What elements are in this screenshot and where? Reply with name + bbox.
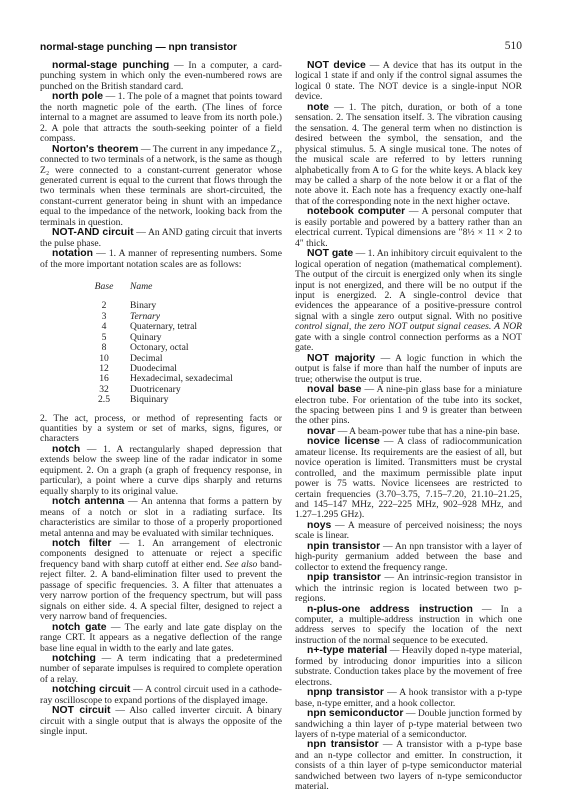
dictionary-entry: north pole — 1. The pole of a magnet tha… (40, 92, 282, 144)
entry-term: novar (307, 426, 335, 437)
entry-term: npnp transistor (307, 687, 384, 698)
dictionary-entry: npnp transistor — A hook transistor with… (295, 688, 522, 709)
table-row: 2Binary (88, 301, 233, 311)
left-column: normal-stage punching — In a computer, a… (40, 61, 282, 738)
dictionary-entry: n-plus-one address instruction — In a co… (295, 605, 522, 647)
dictionary-entry: npn semiconductor — Double junction form… (295, 709, 522, 740)
right-column: NOT device — A device that has its outpu… (295, 61, 522, 793)
entry-definition: A beam-power tube that has a nine-pin ba… (349, 426, 520, 437)
dictionary-entry: NOT device — A device that has its outpu… (295, 61, 522, 103)
dictionary-entry: Norton's theorem — The current in any im… (40, 145, 282, 229)
dictionary-entry: normal-stage punching — In a computer, a… (40, 61, 282, 92)
dictionary-entry: novice license — A class of radiocommuni… (295, 437, 522, 521)
entry-term: notation (52, 248, 93, 259)
column-header-base: Base (88, 282, 130, 301)
entry-term: note (307, 102, 329, 113)
entry-term: normal-stage punching (52, 60, 169, 71)
entry-term: notebook computer (307, 206, 405, 217)
entry-definition: The current in any impedance Z₂, connect… (40, 144, 282, 228)
entry-term: NOT majority (307, 353, 375, 364)
notation-continued: 2. The act, process, or method of repres… (40, 414, 282, 445)
dictionary-entry: notation — 1. A manner of representing n… (40, 249, 282, 270)
entry-term: NOT-AND circuit (52, 227, 134, 238)
entry-term: npn semiconductor (307, 708, 403, 719)
page-number: 510 (505, 40, 522, 52)
entry-term: npn transistor (307, 739, 379, 750)
dictionary-entry: note — 1. The pitch, duration, or both o… (295, 103, 522, 208)
dictionary-entry: n+-type material — Heavily doped n-type … (295, 646, 522, 688)
entry-term: NOT circuit (52, 705, 111, 716)
entry-term: Norton's theorem (52, 144, 138, 155)
dictionary-entry: npn transistor — A transistor with a p-t… (295, 740, 522, 792)
entry-term: notch (52, 444, 80, 455)
entry-term: npin transistor (307, 541, 380, 552)
dictionary-entry: noys — A measure of perceived noisiness;… (295, 521, 522, 542)
dictionary-entry: notebook computer — A personal computer … (295, 207, 522, 249)
table-row: 8Octonary, octal (88, 343, 233, 353)
dictionary-entry: NOT circuit — Also called inverter circu… (40, 706, 282, 737)
dictionary-entry: npip transistor — An intrinsic-region tr… (295, 573, 522, 604)
see-also-reference: See also (225, 559, 257, 570)
dictionary-entry: npin transistor — An npn transistor with… (295, 542, 522, 573)
dictionary-entry: notching circuit — A control circuit use… (40, 685, 282, 706)
dictionary-entry: NOT majority — A logic function in which… (295, 354, 522, 385)
column-header-name: Name (130, 282, 233, 301)
entry-term: n-plus-one address instruction (307, 604, 473, 615)
notation-scales-table: Base Name 2Binary 3Ternary 4Quaternary, … (88, 282, 233, 405)
running-head: normal-stage punching — npn transistor 5… (40, 40, 522, 54)
entry-term: npip transistor (307, 572, 381, 583)
italic-passage: control signal, the zero NOT output sign… (295, 321, 522, 332)
table-row: 2.5Biquinary (88, 395, 233, 405)
dictionary-entry: noval base — A nine-pin glass base for a… (295, 385, 522, 427)
entry-term: north pole (52, 91, 103, 102)
entry-definition: A class of radiocommunication amateur li… (295, 436, 522, 520)
entry-term: notching (52, 653, 96, 664)
dictionary-entry: NOT gate — 1. An inhibitory circuit equi… (295, 249, 522, 354)
dictionary-entry: notch antenna — An antenna that forms a … (40, 497, 282, 539)
entry-term: notch gate (52, 622, 107, 633)
entry-term: notch filter (52, 538, 111, 549)
entry-term: notching circuit (52, 684, 130, 695)
entry-term: n+-type material (307, 645, 387, 656)
entry-definition: 1. The pitch, duration, or both of a ton… (295, 102, 522, 207)
dictionary-entry: notch gate — The early and late gate dis… (40, 623, 282, 654)
dictionary-entry: notch — 1. A rectangularly shaped depres… (40, 445, 282, 497)
entry-term: novice license (307, 436, 380, 447)
table-header-row: Base Name (88, 282, 233, 301)
entry-term: notch antenna (52, 496, 124, 507)
dictionary-entry: notch filter — 1. An arrangement of elec… (40, 539, 282, 623)
entry-term: noys (307, 520, 331, 531)
entry-definition: 1. An inhibitory circuit equivalent to t… (295, 248, 522, 322)
dictionary-entry: NOT-AND circuit — An AND gating circuit … (40, 228, 282, 249)
running-head-title: normal-stage punching — npn transistor (40, 42, 237, 53)
entry-term: NOT gate (307, 248, 353, 259)
dictionary-entry: notching — A term indicating that a pred… (40, 654, 282, 685)
entry-term: NOT device (307, 60, 366, 71)
entry-term: noval base (307, 384, 361, 395)
